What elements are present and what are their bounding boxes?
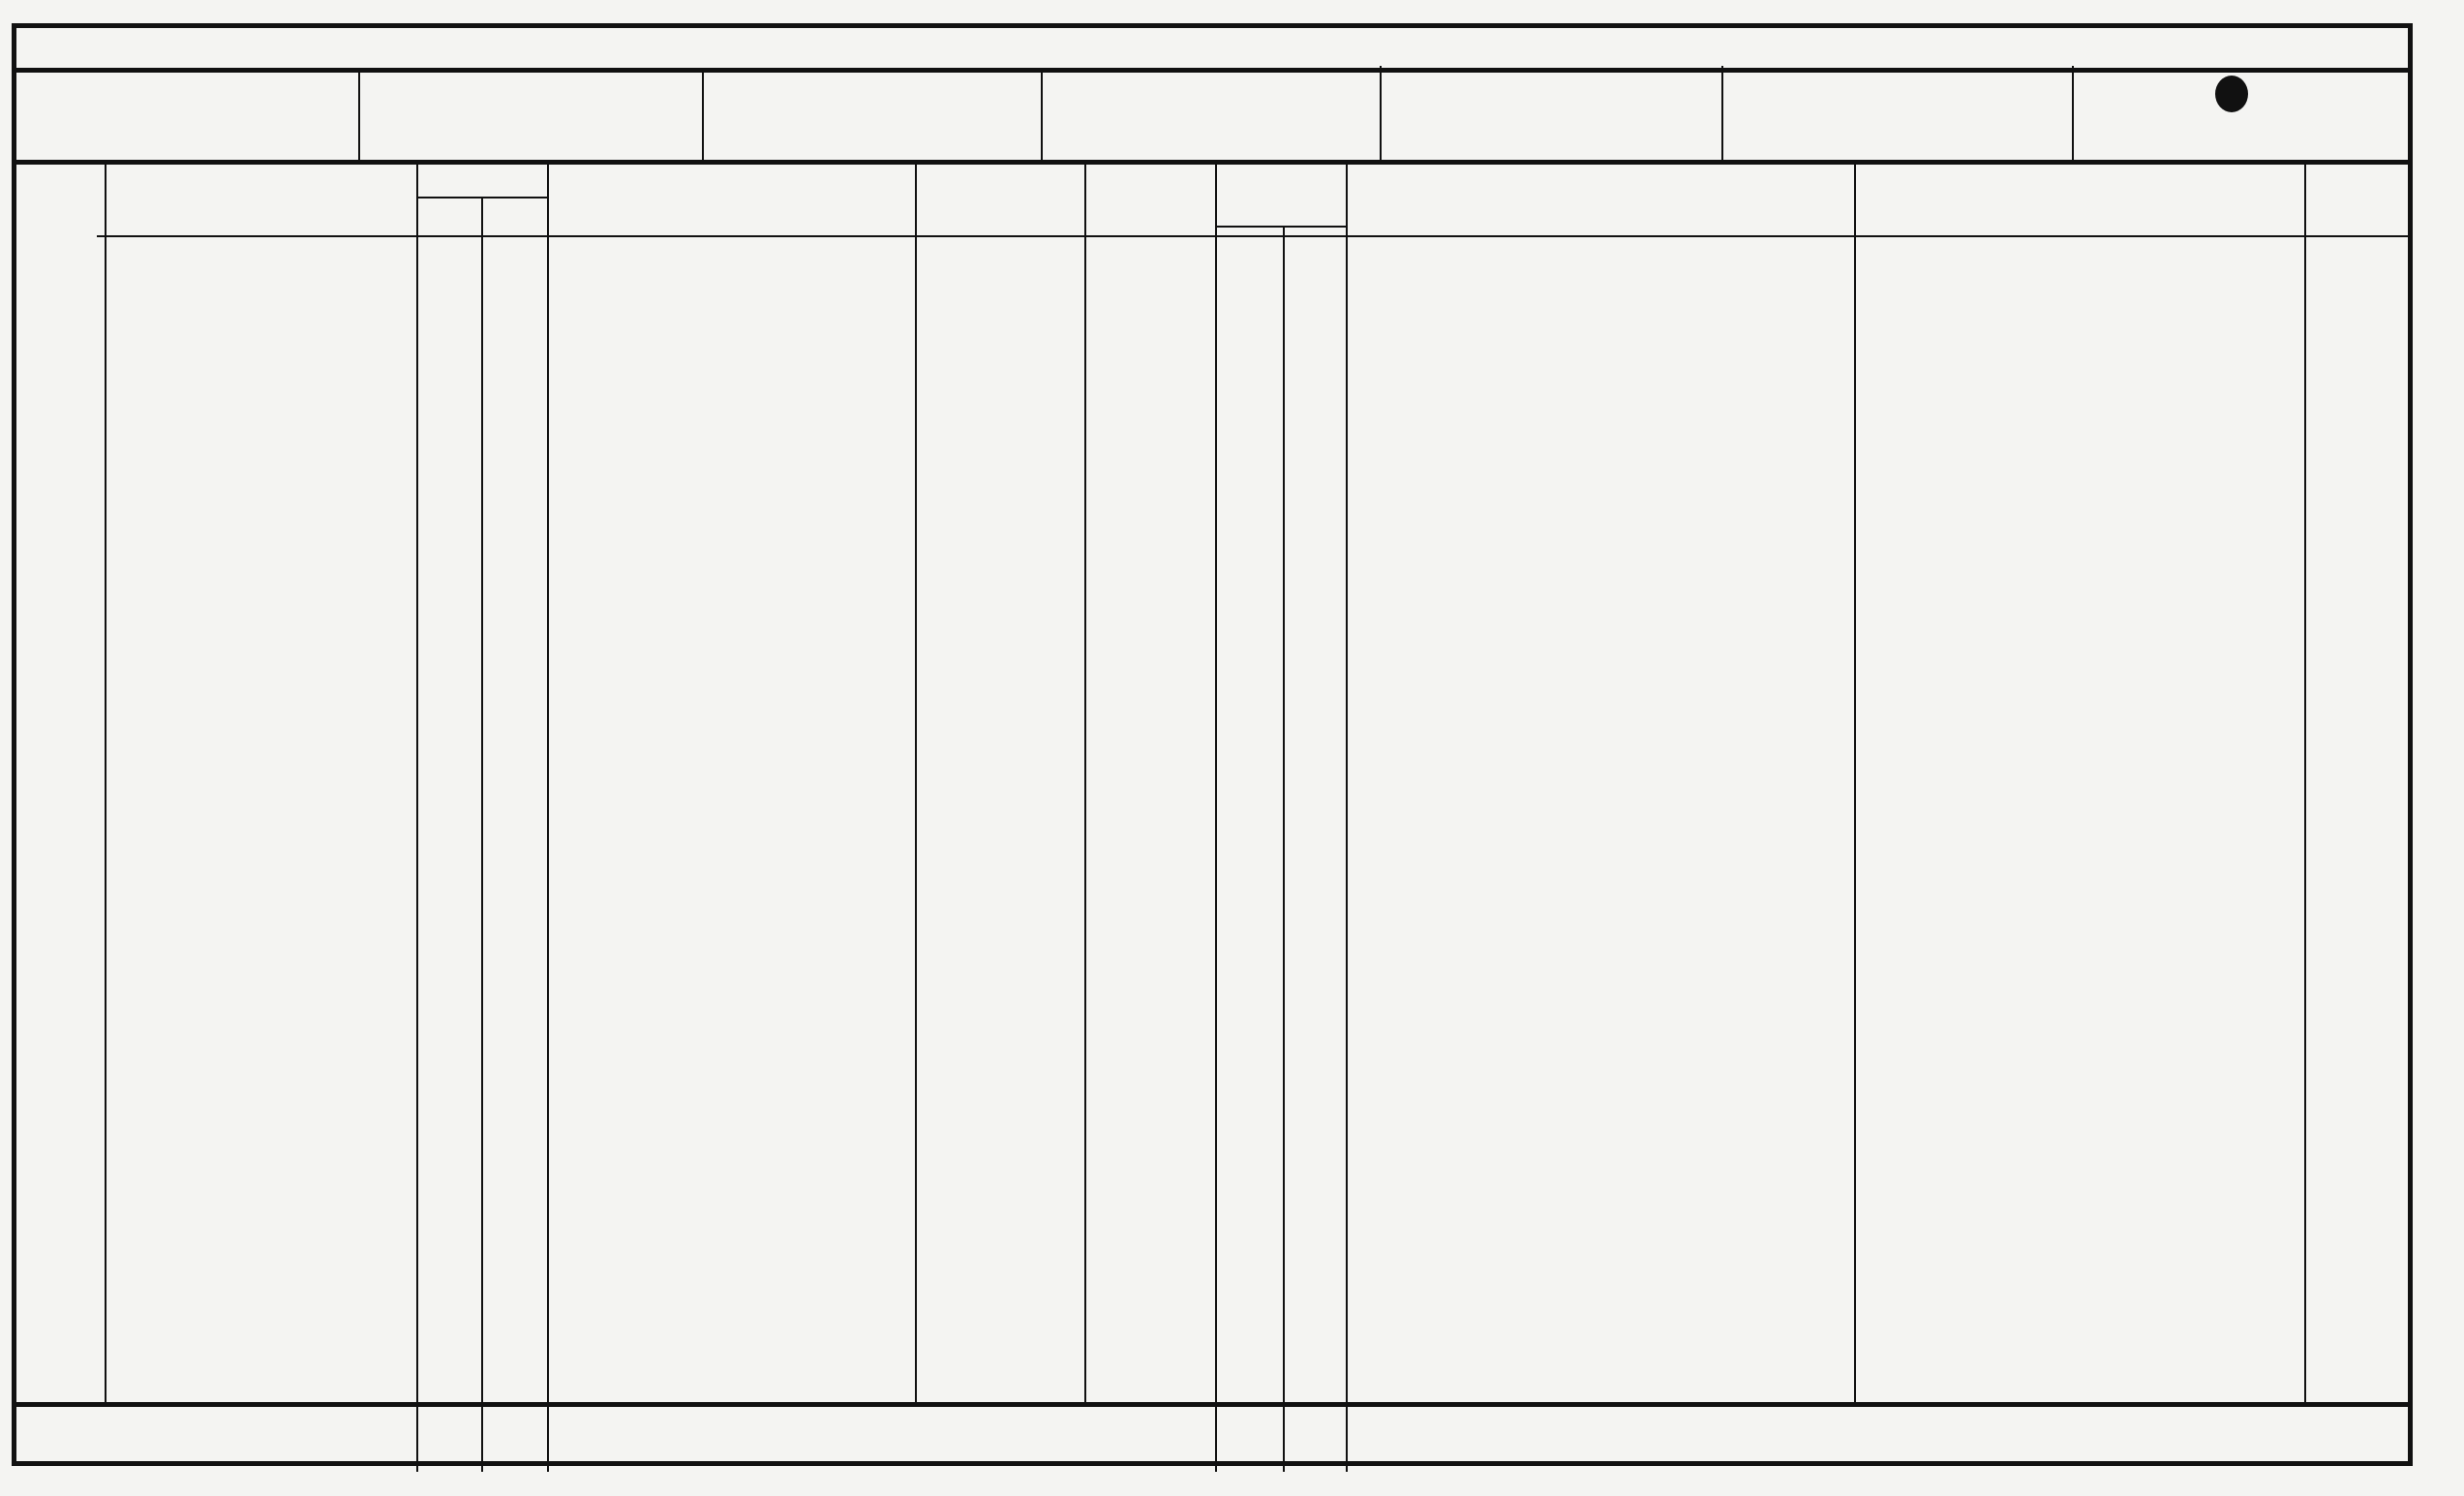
houses-subdivider: [416, 197, 547, 198]
loc-divider: [358, 68, 360, 160]
loc-divider: [702, 68, 704, 160]
col-line: [915, 160, 917, 1402]
divider-header: [97, 235, 2413, 237]
col-line: [416, 160, 418, 1472]
col-line: [2304, 160, 2306, 1402]
loc-divider: [1721, 66, 1723, 160]
col-line: [481, 198, 483, 1472]
census-form-frame: [12, 23, 2413, 1466]
col-line: [1283, 228, 1285, 1472]
loc-divider: [1041, 68, 1043, 160]
col-line: [547, 160, 549, 1472]
col-line: [1215, 160, 1217, 1472]
col-line: [1084, 160, 1086, 1402]
divider-top: [12, 68, 2413, 73]
divider-location: [12, 160, 2413, 165]
age-subdivider: [1215, 226, 1346, 228]
col-line: [1346, 160, 1348, 1472]
loc-divider: [1380, 66, 1382, 160]
col-line: [1854, 160, 1856, 1402]
col-line: [105, 160, 106, 1402]
loc-divider: [2072, 66, 2074, 160]
ink-blot: [2215, 76, 2248, 112]
divider-totals: [12, 1402, 2413, 1407]
